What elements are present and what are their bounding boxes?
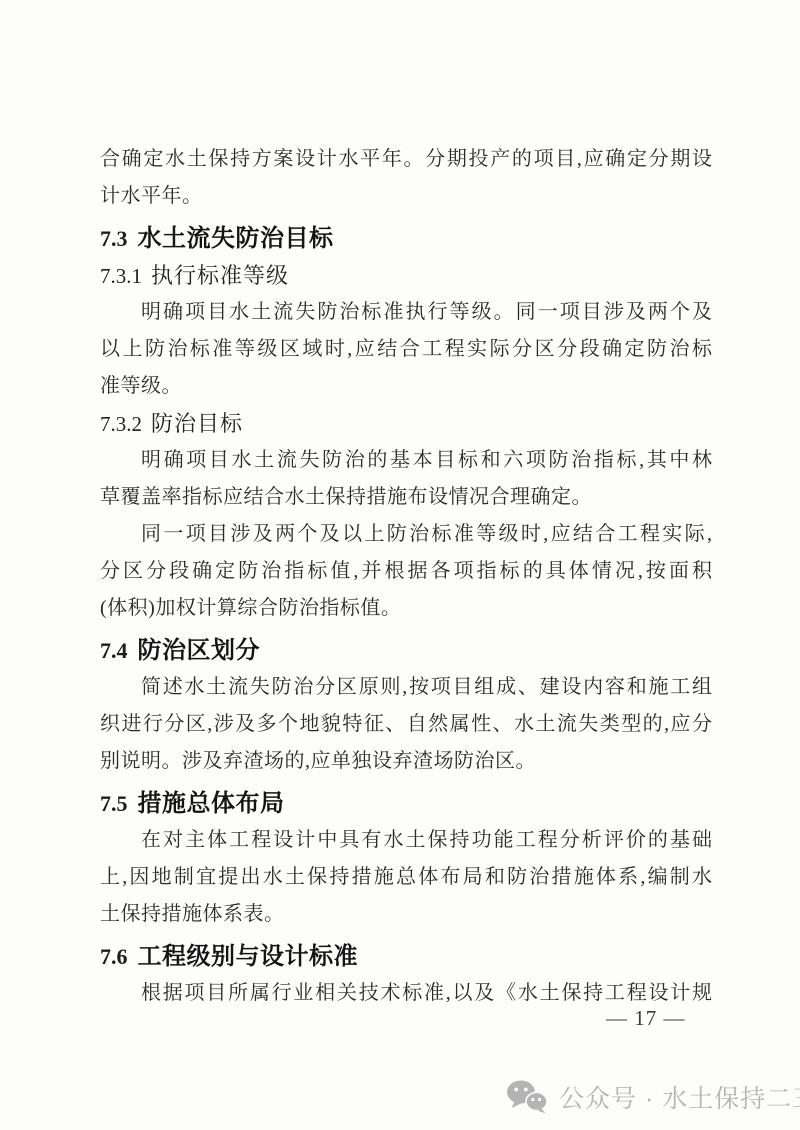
subsection-number: 7.3.2 (100, 412, 142, 436)
subsection-title: 执行标准等级 (151, 263, 289, 288)
body-line: 计水平年。 (100, 178, 712, 215)
section-heading-7-3: 7.3水土流失防治目标 (100, 220, 712, 257)
section-heading-7-4: 7.4防治区划分 (100, 632, 712, 669)
document-page: 合确定水土保持方案设计水平年。分期投产的项目,应确定分期设 计水平年。 7.3水… (0, 0, 800, 1130)
section-number: 7.4 (100, 638, 128, 663)
subsection-title: 防治目标 (151, 411, 243, 436)
subsection-number: 7.3.1 (100, 264, 142, 288)
body-line: (体积)加权计算综合防治指标值。 (100, 590, 712, 627)
page-number: — 17 — (606, 1006, 686, 1031)
watermark-label: 公众号 · 水土保持二三 (559, 1079, 800, 1115)
body-line: 明确项目水土流失防治标准执行等级。同一项目涉及两个及 (100, 294, 712, 331)
body-line: 明确项目水土流失防治的基本目标和六项防治指标,其中林 (100, 442, 712, 479)
body-line: 织进行分区,涉及多个地貌特征、自然属性、水土流失类型的,应分 (100, 706, 712, 743)
subsection-heading-7-3-1: 7.3.1执行标准等级 (100, 257, 712, 294)
body-line: 合确定水土保持方案设计水平年。分期投产的项目,应确定分期设 (100, 141, 712, 178)
body-line: 别说明。涉及弃渣场的,应单独设弃渣场防治区。 (100, 743, 712, 780)
section-title: 水土流失防治目标 (138, 226, 334, 252)
section-number: 7.5 (100, 791, 128, 816)
subsection-heading-7-3-2: 7.3.2防治目标 (100, 405, 712, 442)
wechat-icon (506, 1079, 548, 1115)
body-line: 上,因地制宜提出水土保持措施总体布局和防治措施体系,编制水 (100, 859, 712, 896)
body-line: 以上防治标准等级区域时,应结合工程实际分区分段确定防治标 (100, 331, 712, 368)
section-number: 7.6 (100, 944, 128, 969)
section-title: 防治区划分 (138, 638, 261, 664)
body-line: 土保持措施体系表。 (100, 896, 712, 933)
body-line: 在对主体工程设计中具有水土保持功能工程分析评价的基础 (100, 822, 712, 859)
body-line: 同一项目涉及两个及以上防治标准等级时,应结合工程实际, (100, 516, 712, 553)
body-line: 草覆盖率指标应结合水土保持措施布设情况合理确定。 (100, 479, 712, 516)
body-line: 简述水土流失防治分区原则,按项目组成、建设内容和施工组 (100, 669, 712, 706)
section-heading-7-6: 7.6工程级别与设计标准 (100, 938, 712, 975)
section-title: 工程级别与设计标准 (138, 944, 359, 970)
document-body: 合确定水土保持方案设计水平年。分期投产的项目,应确定分期设 计水平年。 7.3水… (100, 141, 712, 1012)
body-line: 分区分段确定防治指标值,并根据各项指标的具体情况,按面积 (100, 553, 712, 590)
section-title: 措施总体布局 (138, 791, 285, 817)
watermark-footer: 公众号 · 水土保持二三 (506, 1078, 800, 1116)
section-heading-7-5: 7.5措施总体布局 (100, 785, 712, 822)
body-line: 准等级。 (100, 368, 712, 405)
section-number: 7.3 (100, 226, 128, 251)
